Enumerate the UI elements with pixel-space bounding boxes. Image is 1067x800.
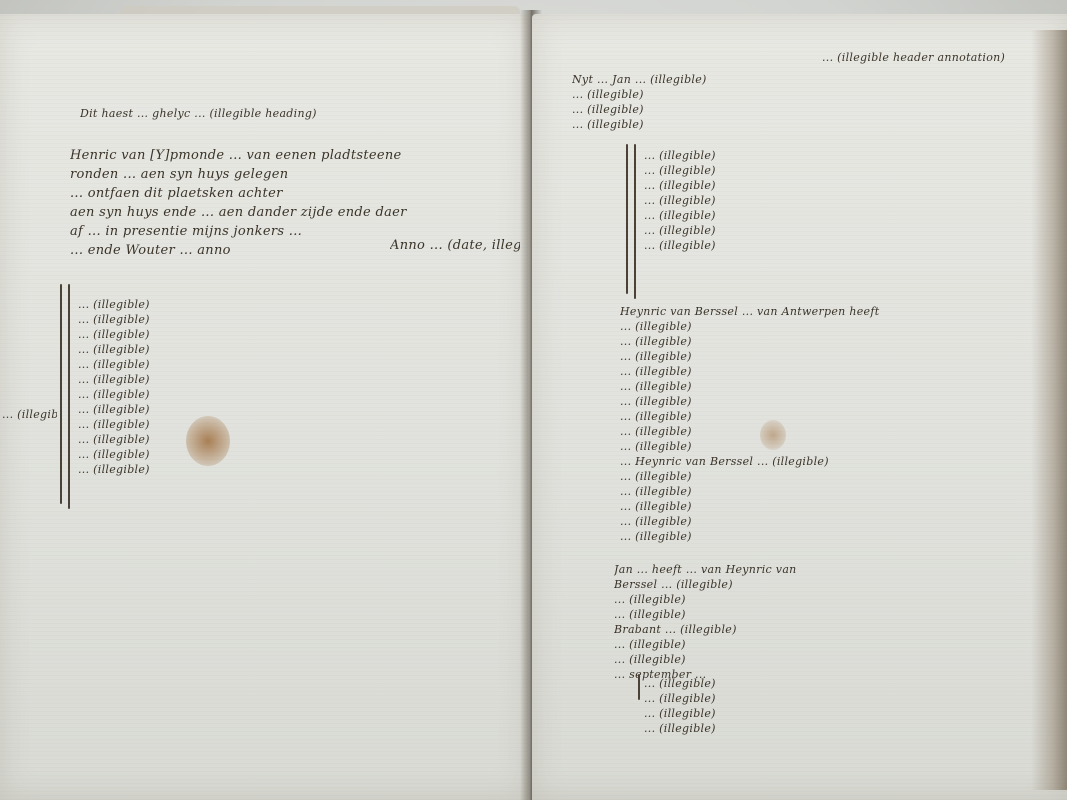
text-line: Jan ... heeft ... van Heynric van [614,562,1004,577]
text-line: ... (illegible) [78,417,428,432]
right-page: ... (illegible header annotation) Nyt ..… [532,14,1067,800]
margin-rule [638,674,640,700]
text-line: ... (illegible) [620,319,1000,334]
text-line: ... (illegible) [644,178,1044,193]
margin-rule [60,284,62,504]
margin-rule [634,144,636,299]
text-line: ... (illegible) [572,87,1042,102]
text-line: Henric van [Y]pmonde ... van eenen pladt… [70,146,510,165]
text-line: ... (illegible) [78,387,428,402]
stain [760,420,786,450]
text-line: ... (illegible) [620,364,1000,379]
margin-rule [68,284,70,509]
text-line: ... Heynric van Berssel ... (illegible) [620,454,1000,469]
right-entry-1: Nyt ... Jan ... (illegible) ... (illegib… [572,72,1042,132]
right-header-note: ... (illegible header annotation) [822,50,1052,65]
text-line: ronden ... aen syn huys gelegen [70,165,510,184]
right-entry-4: Jan ... heeft ... van Heynric van Bersse… [614,562,1004,682]
text-line: Brabant ... (illegible) [614,622,1004,637]
left-page: Dit haest ... ghelyc ... (illegible head… [0,14,528,800]
text-line: ... (illegible) [644,706,1024,721]
left-margin-note: ... (illegible marginal note) [2,408,57,421]
text-line: Heynric van Berssel ... van Antwerpen he… [620,304,1000,319]
margin-rule [626,144,628,294]
text-line: ... (illegible) [78,462,428,477]
text-line: ... (illegible) [644,238,1044,253]
date-line: Anno ... (date, illegible) [390,236,520,255]
text-line: Berssel ... (illegible) [614,577,1004,592]
text-line: ... (illegible) [644,676,1024,691]
left-page-heading: Dit haest ... ghelyc ... (illegible head… [80,106,340,121]
text-line: ... (illegible) [644,148,1044,163]
text-line: ... (illegible) [614,607,1004,622]
page-edge-shadow [1031,30,1067,790]
text-line: ... (illegible) [644,208,1044,223]
text-line: ... (illegible) [620,349,1000,364]
text-line: ... (illegible) [620,499,1000,514]
text-line: aen syn huys ende ... aen dander zijde e… [70,203,510,222]
right-entry-2: ... (illegible) ... (illegible) ... (ill… [644,148,1044,253]
text-line: ... (illegible) [614,637,1004,652]
text-line: ... (illegible) [614,652,1004,667]
text-line: ... (illegible) [78,327,428,342]
stain [186,416,230,466]
text-line: ... (illegible) [614,592,1004,607]
text-line: ... (illegible) [78,447,428,462]
text-line: ... (illegible) [620,439,1000,454]
text-line: ... ontfaen dit plaetsken achter [70,184,510,203]
text-line: ... (illegible) [572,117,1042,132]
text-line: ... (illegible) [572,102,1042,117]
left-entry-2: ... (illegible) ... (illegible) ... (ill… [78,297,428,477]
right-entry-5: ... (illegible) ... (illegible) ... (ill… [644,676,1024,736]
text-line: ... (illegible) [644,721,1024,736]
text-line: ... (illegible) [78,432,428,447]
right-entry-3: Heynric van Berssel ... van Antwerpen he… [620,304,1000,544]
heading-line: Dit haest ... ghelyc ... (illegible head… [80,106,340,121]
text-line: ... (illegible) [620,379,1000,394]
text-line: ... (illegible) [78,312,428,327]
left-entry-1-date: Anno ... (date, illegible) [390,236,520,255]
text-line: ... (illegible) [620,394,1000,409]
text-line: ... (illegible) [620,334,1000,349]
header-note-line: ... (illegible header annotation) [822,50,1052,65]
text-line: ... (illegible) [644,691,1024,706]
text-line: ... (illegible) [78,297,428,312]
text-line: ... (illegible) [620,424,1000,439]
text-line: ... (illegible) [644,223,1044,238]
text-line: ... (illegible) [78,402,428,417]
text-line: ... (illegible) [620,529,1000,544]
text-line: ... (illegible) [620,469,1000,484]
text-line: ... (illegible) [78,342,428,357]
text-line: ... (illegible) [620,514,1000,529]
text-line: ... (illegible) [78,357,428,372]
text-line: ... (illegible) [620,409,1000,424]
text-line: ... (illegible) [78,372,428,387]
text-line: ... (illegible) [644,193,1044,208]
text-line: Nyt ... Jan ... (illegible) [572,72,1042,87]
text-line: ... (illegible) [620,484,1000,499]
text-line: ... (illegible) [644,163,1044,178]
